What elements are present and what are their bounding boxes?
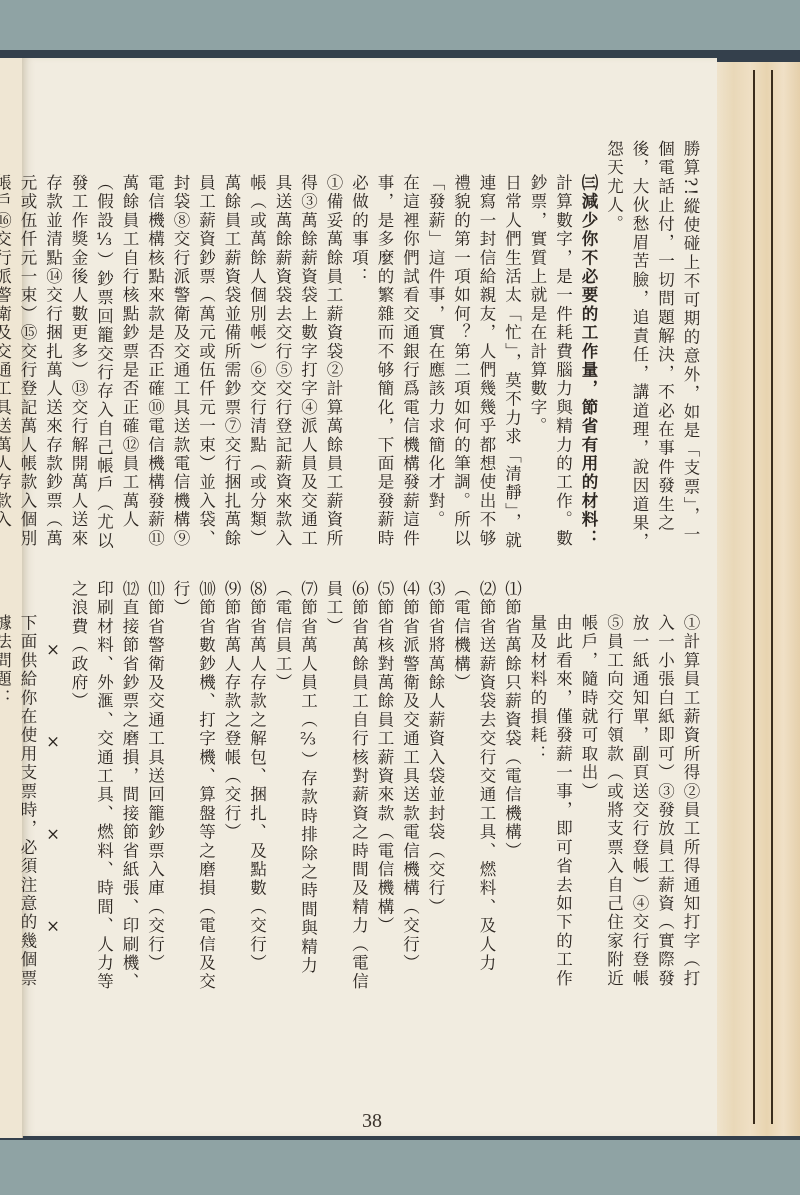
paragraph-steps: ①備妥萬餘員工薪資袋②計算萬餘員工薪資所得③萬餘薪資袋上數字打字④派人員及交通工… [0, 140, 346, 560]
list-item: ⑺節省萬人員工（⅔）存款時排除之時間與精力（電信員工） [270, 580, 321, 1000]
section-separator: × × × × [40, 580, 66, 1000]
list-item: ⑸節省核對萬餘員工薪資來款（電信機構） [372, 580, 398, 1000]
page-stack-edges [717, 62, 800, 1136]
paragraph: 計算數字，是一件耗費腦力與精力的工作。數鈔票，實質上就是在計算數字。 [525, 140, 576, 560]
lower-text-block: ①計算員工薪資所得②員工所得通知打字（打入一小張白紙即可）③發放員工薪資（實際發… [0, 580, 703, 1000]
paragraph: 下面供給你在使用支票時，必須注意的幾個票據法問題： [0, 580, 40, 1000]
paragraph: 由此看來，僅發薪一事，即可省去如下的工作量及材料的損耗： [525, 580, 576, 1000]
list-item: ⑹節省萬餘員工自行核對薪資之時間及精力（電信員工） [321, 580, 372, 1000]
list-item: ⑴節省萬餘只薪資袋（電信機構） [499, 580, 525, 1000]
book-cover-bottom [0, 1140, 800, 1195]
upper-text-block: 勝算?!縱使碰上不可期的意外，如是「支票」，一個電話止付，一切問題解決，不必在事… [0, 140, 703, 560]
book-cover-top [0, 0, 800, 55]
list-item: ⑽節省數鈔機、打字機、算盤等之磨損（電信及交行） [168, 580, 219, 1000]
paragraph-steps: ①計算員工薪資所得②員工所得通知打字（打入一小張白紙即可）③發放員工薪資（實際發… [576, 580, 704, 1000]
list-item: ⑼節省萬人存款之登帳（交行） [219, 580, 245, 1000]
list-item: ⑿直接節省鈔票之磨損，間接節省紙張、印刷機、印刷材料、外滙、交通工具、燃料、時間… [66, 580, 143, 1000]
paragraph-intro: 勝算?!縱使碰上不可期的意外，如是「支票」，一個電話止付，一切問題解決，不必在事… [601, 140, 703, 560]
paragraph: 在這裡你們試看交通銀行爲電信機構發薪這件事，是多麼的繁雜而不够簡化，下面是發薪時… [346, 140, 423, 560]
book-page: 勝算?!縱使碰上不可期的意外，如是「支票」，一個電話止付，一切問題解決，不必在事… [22, 58, 717, 1136]
list-item: ⑾節省警衛及交通工具送回籠鈔票入庫（交行） [142, 580, 168, 1000]
page-edge-line [753, 70, 755, 1124]
section-heading: ㈢減少你不必要的工作量，節省有用的材料： [576, 140, 602, 560]
list-item: ⑻節省萬人存款之解包、捆扎、及點數（交行） [244, 580, 270, 1000]
page-number: 38 [362, 1110, 382, 1133]
list-item: ⑵節省送薪資袋去交行交通工具、燃料、及人力（電信機構） [448, 580, 499, 1000]
list-item: ⑷節省派警衛及交通工具送款電信機構（交行） [397, 580, 423, 1000]
list-item: ⑶節省將萬餘人薪資入袋並封袋（交行） [423, 580, 449, 1000]
paragraph: 日常人們生活太「忙」，莫不力求「清靜」，就連寫一封信給親友，人們幾幾乎都想使出不… [423, 140, 525, 560]
page-edge-line [771, 70, 773, 1124]
